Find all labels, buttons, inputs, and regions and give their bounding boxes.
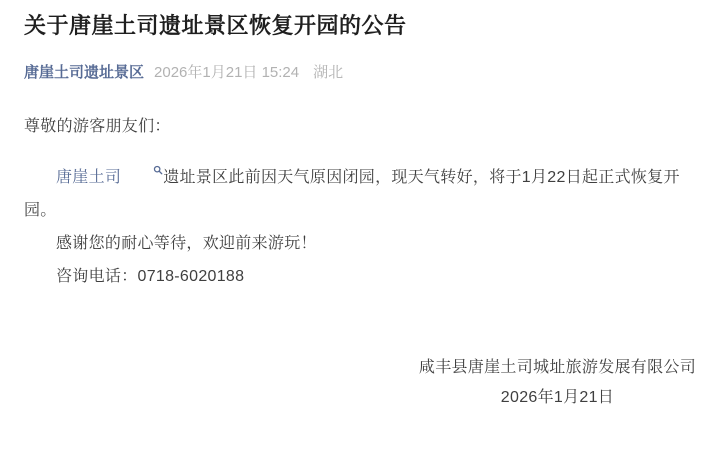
publish-datetime: 2026年1月21日 15:24	[154, 63, 299, 83]
search-icon[interactable]	[121, 165, 163, 178]
paragraph-thanks: 感谢您的耐心等待，欢迎前来游玩！	[24, 227, 696, 260]
page-title: 关于唐崖土司遗址景区恢复开园的公告	[24, 12, 696, 41]
signature-date: 2026年1月21日	[419, 383, 696, 413]
publish-location: 湖北	[313, 63, 343, 83]
article-page: 关于唐崖土司遗址景区恢复开园的公告 唐崖土司遗址景区 2026年1月21日 15…	[0, 0, 720, 413]
signature-inner: 咸丰县唐崖土司城址旅游发展有限公司 2026年1月21日	[419, 353, 696, 413]
paragraph-phone: 咨询电话：0718-6020188	[24, 260, 696, 293]
account-name-link[interactable]: 唐崖土司遗址景区	[24, 63, 144, 83]
tangya-tusi-link[interactable]: 唐崖土司	[56, 169, 121, 186]
paragraph-reopening: 唐崖土司遗址景区此前因天气原因闭园，现天气转好，将于1月22日起正式恢复开园。	[24, 161, 696, 227]
signature-company: 咸丰县唐崖土司城址旅游发展有限公司	[419, 353, 696, 383]
signature-block: 咸丰县唐崖土司城址旅游发展有限公司 2026年1月21日	[24, 353, 696, 413]
article-body: 尊敬的游客朋友们： 唐崖土司遗址景区此前因天气原因闭园，现天气转好，将于1月22…	[24, 111, 696, 293]
article-meta: 唐崖土司遗址景区 2026年1月21日 15:24 湖北	[24, 63, 696, 83]
salutation-text: 尊敬的游客朋友们：	[24, 111, 696, 143]
